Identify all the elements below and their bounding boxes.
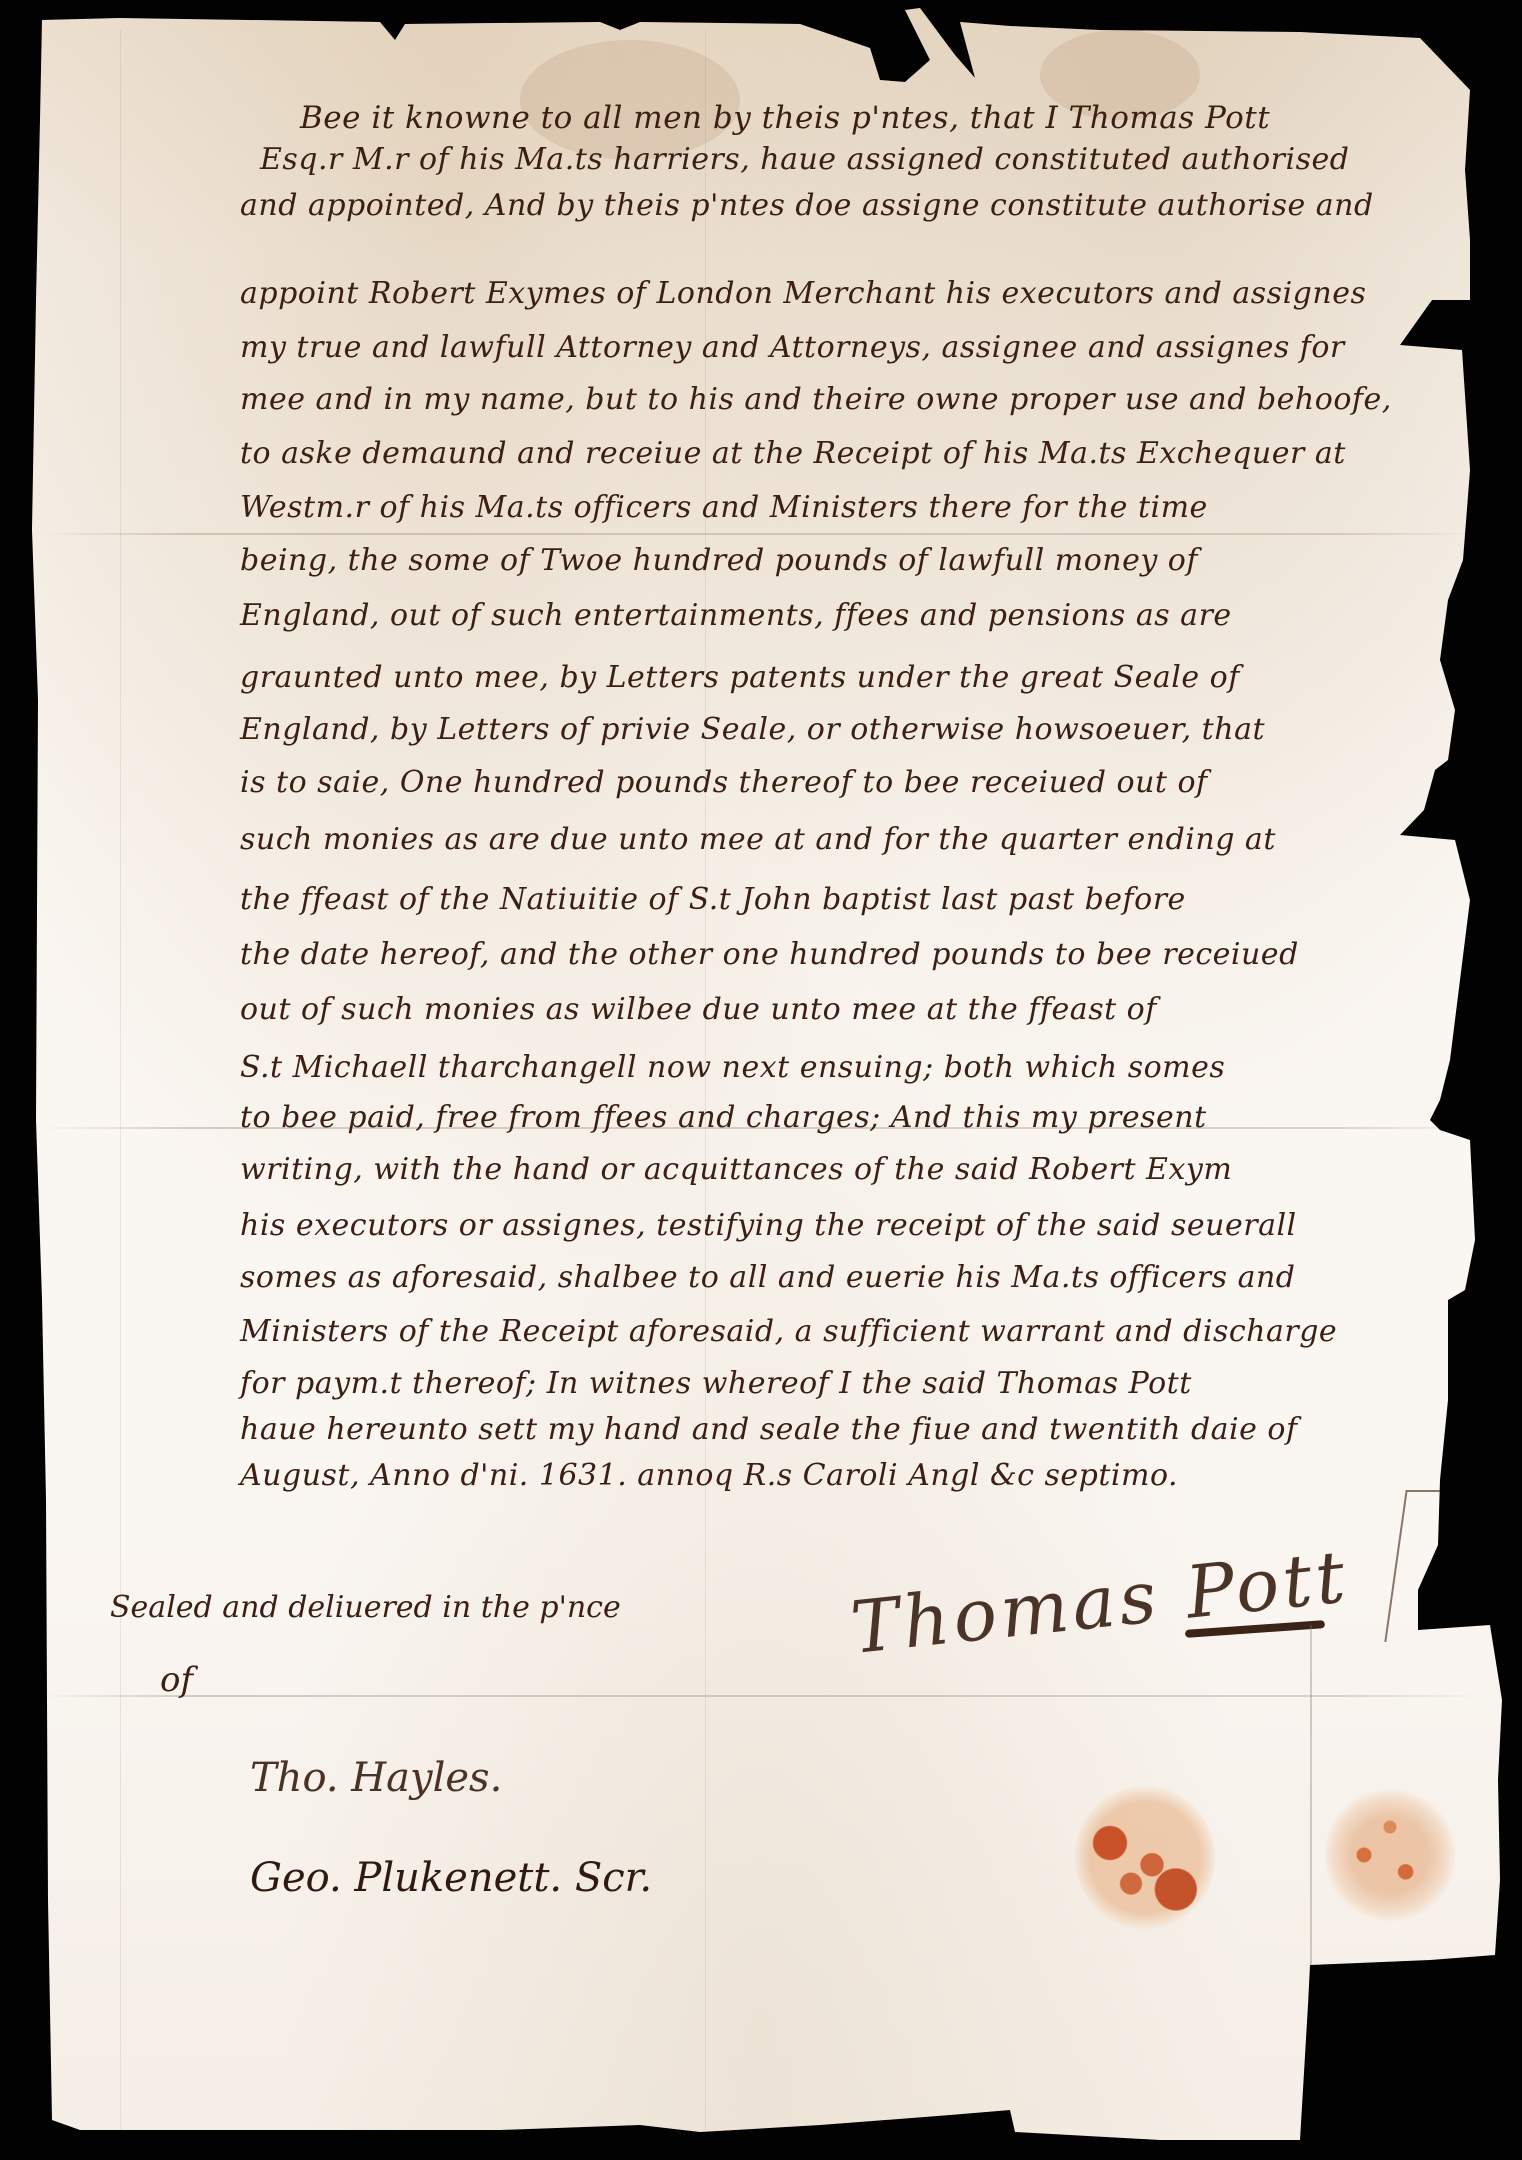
text-line-5: my true and lawfull Attorney and Attorne… (240, 330, 1345, 365)
text-line-6: mee and in my name, but to his and their… (240, 382, 1392, 417)
text-line-13: is to saie, One hundred pounds thereof t… (240, 765, 1208, 800)
text-line-3: and appointed, And by theis p'ntes doe a… (240, 188, 1374, 223)
text-line-1: Bee it knowne to all men by theis p'ntes… (300, 100, 1270, 136)
text-line-9: being, the some of Twoe hundred pounds o… (240, 543, 1198, 578)
text-line-22: somes as aforesaid, shalbee to all and e… (240, 1260, 1296, 1295)
text-line-24: for paym.t thereof; In witnes whereof I … (240, 1366, 1192, 1401)
attestation-heading: Sealed and deliuered in the p'nce (110, 1590, 621, 1625)
text-line-2: Esq.r M.r of his Ma.ts harriers, haue as… (260, 142, 1349, 177)
wax-seal-right (1325, 1785, 1455, 1925)
text-line-12: England, by Letters of privie Seale, or … (240, 712, 1265, 747)
witness-signature-hayles: Tho. Hayles. (250, 1755, 502, 1801)
text-line-16: the date hereof, and the other one hundr… (240, 937, 1299, 972)
principal-signature: Thomas Pott (847, 1534, 1353, 1670)
text-line-26: August, Anno d'ni. 1631. annoq R.s Carol… (240, 1458, 1178, 1493)
text-line-25: haue hereunto sett my hand and seale the… (240, 1412, 1298, 1447)
text-line-15: the ffeast of the Natiuitie of S.t John … (240, 882, 1186, 917)
witness-signature-plukenett: Geo. Plukenett. Scr. (250, 1855, 652, 1901)
fold-line (40, 533, 1480, 535)
text-line-8: Westm.r of his Ma.ts officers and Minist… (240, 490, 1208, 525)
text-line-20: writing, with the hand or acquittances o… (240, 1152, 1232, 1187)
text-line-10: England, out of such entertainments, ffe… (240, 598, 1232, 633)
vertical-crease (120, 30, 121, 2130)
text-line-21: his executors or assignes, testifying th… (240, 1208, 1297, 1243)
text-line-4: appoint Robert Exymes of London Merchant… (240, 276, 1366, 311)
seal-flap-edge (1310, 1625, 1312, 1965)
text-line-23: Ministers of the Receipt aforesaid, a su… (240, 1314, 1337, 1349)
text-line-14: such monies as are due unto mee at and f… (240, 822, 1276, 857)
manuscript-paper: Bee it knowne to all men by theis p'ntes… (0, 0, 1522, 2160)
fold-line (40, 1695, 1480, 1697)
text-line-11: graunted unto mee, by Letters patents un… (240, 660, 1240, 695)
text-line-7: to aske demaund and receiue at the Recei… (240, 436, 1346, 471)
wax-seal-left (1075, 1785, 1215, 1930)
text-line-18: S.t Michaell tharchangell now next ensui… (240, 1050, 1225, 1085)
attestation-of: of (160, 1660, 193, 1700)
text-line-19: to bee paid, free from ffees and charges… (240, 1100, 1207, 1135)
text-line-17: out of such monies as wilbee due unto me… (240, 992, 1157, 1027)
